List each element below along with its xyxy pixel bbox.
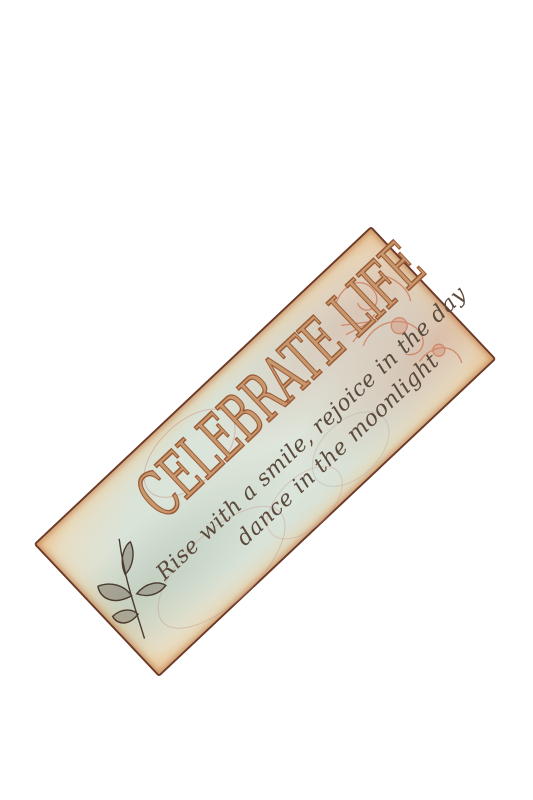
celebrate-life-sign: CELEBRATE LIFE Rise with a smile, rejoic… <box>33 225 496 676</box>
